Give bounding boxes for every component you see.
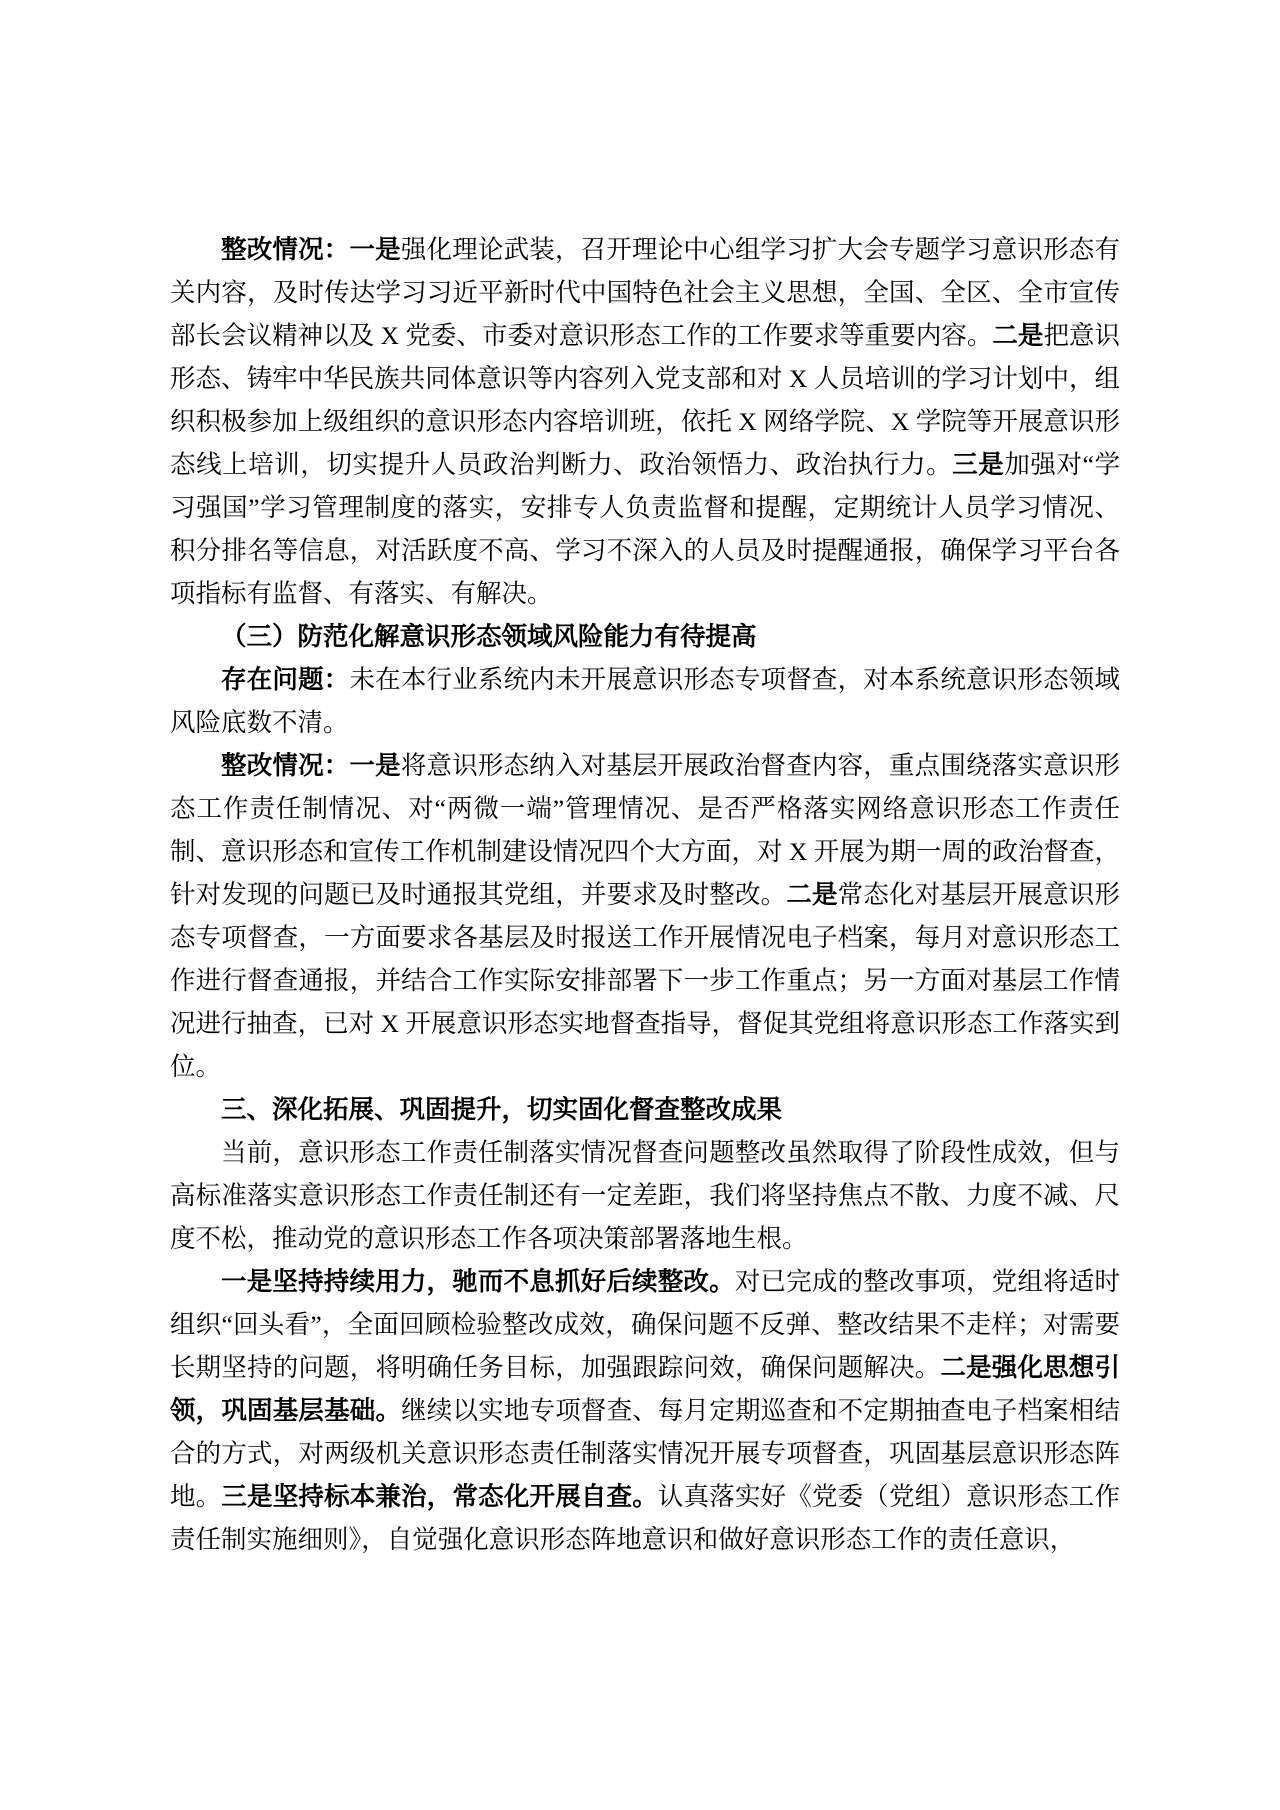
paragraph: 一是坚持持续用力，驰而不息抓好后续整改。对已完成的整改事项，党组将适时组织“回头… (170, 1260, 1120, 1561)
text-run: 整改情况：一是 (221, 751, 401, 780)
section-heading: 三、深化拓展、巩固提升，切实固化督查整改成果 (170, 1088, 1120, 1131)
paragraph: 整改情况：一是强化理论武装，召开理论中心组学习扩大会专题学习意识形态有关内容，及… (170, 228, 1120, 615)
paragraph: 当前，意识形态工作责任制落实情况督查问题整改虽然取得了阶段性成效，但与高标准落实… (170, 1131, 1120, 1260)
text-run: 当前，意识形态工作责任制落实情况督查问题整改虽然取得了阶段性成效，但与高标准落实… (170, 1138, 1120, 1253)
document-body: 整改情况：一是强化理论武装，召开理论中心组学习扩大会专题学习意识形态有关内容，及… (170, 228, 1120, 1561)
text-run: 存在问题： (221, 665, 349, 694)
text-run: 三是 (952, 450, 1004, 479)
text-run: 一是坚持持续用力，驰而不息抓好后续整改。 (221, 1267, 735, 1296)
text-run: 常态化对基层开展意识形态专项督查，一方面要求各基层及时报送工作开展情况电子档案，… (170, 880, 1120, 1081)
section-heading: （三）防范化解意识形态领域风险能力有待提高 (170, 615, 1120, 658)
text-run: （三）防范化解意识形态领域风险能力有待提高 (221, 622, 757, 651)
paragraph: 整改情况：一是将意识形态纳入对基层开展政治督查内容，重点围绕落实意识形态工作责任… (170, 744, 1120, 1088)
text-run: 三、深化拓展、巩固提升，切实固化督查整改成果 (221, 1095, 782, 1124)
paragraph: 存在问题：未在本行业系统内未开展意识形态专项督查，对本系统意识形态领域风险底数不… (170, 658, 1120, 744)
document-page: 整改情况：一是强化理论武装，召开理论中心组学习扩大会专题学习意识形态有关内容，及… (0, 0, 1280, 1810)
text-run: 二是 (992, 321, 1043, 350)
text-run: 三是坚持标本兼治，常态化开展自查。 (221, 1482, 658, 1511)
text-run: 整改情况：一是 (221, 235, 401, 264)
text-run: 二是 (786, 880, 837, 909)
